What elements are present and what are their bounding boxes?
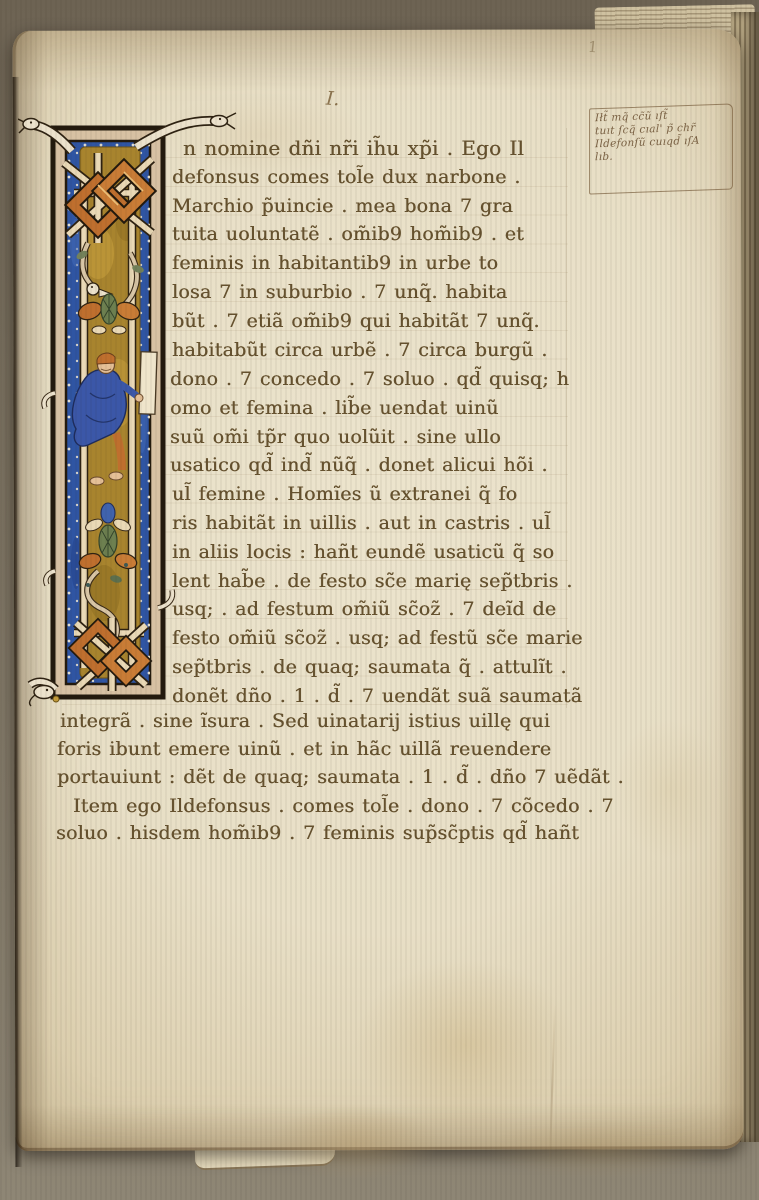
- marginal-annotation: Iłt̃ mq̃ cc̃ũ ıſt̃ tuıt ſcq̃ cıal' p̃ ch…: [589, 103, 733, 194]
- scroll-tablet: [139, 352, 157, 415]
- margin-rule: [566, 128, 567, 708]
- text-line: foris ibunt emere uinũ . et in hãc uillã…: [57, 737, 551, 761]
- illuminated-initial-I: [18, 93, 240, 721]
- folio-number: I.: [325, 88, 340, 111]
- text-line: portauiunt : dẽt de quaq; saumata . 1 . …: [57, 765, 624, 789]
- parchment-crease: [549, 1005, 556, 1170]
- interlace-knot-bottom: [76, 618, 146, 691]
- parchment-stain: [485, 1119, 715, 1180]
- parchment-stain: [355, 959, 575, 1130]
- parchment-stain: [614, 719, 724, 859]
- parchment-stain: [270, 1105, 440, 1180]
- photograph-of-manuscript: I. 1 Iłt̃ mq̃ cc̃ũ ıſt̃ tuıt ſcq̃ cıal' …: [0, 0, 759, 1200]
- faint-corner-mark: 1: [587, 38, 598, 57]
- text-line: Item ego Ildefonsus . comes tol̃e . dono…: [73, 794, 614, 818]
- text-line: soluo . hisdem hom̃ib9 . 7 feminis sup̃s…: [56, 821, 579, 845]
